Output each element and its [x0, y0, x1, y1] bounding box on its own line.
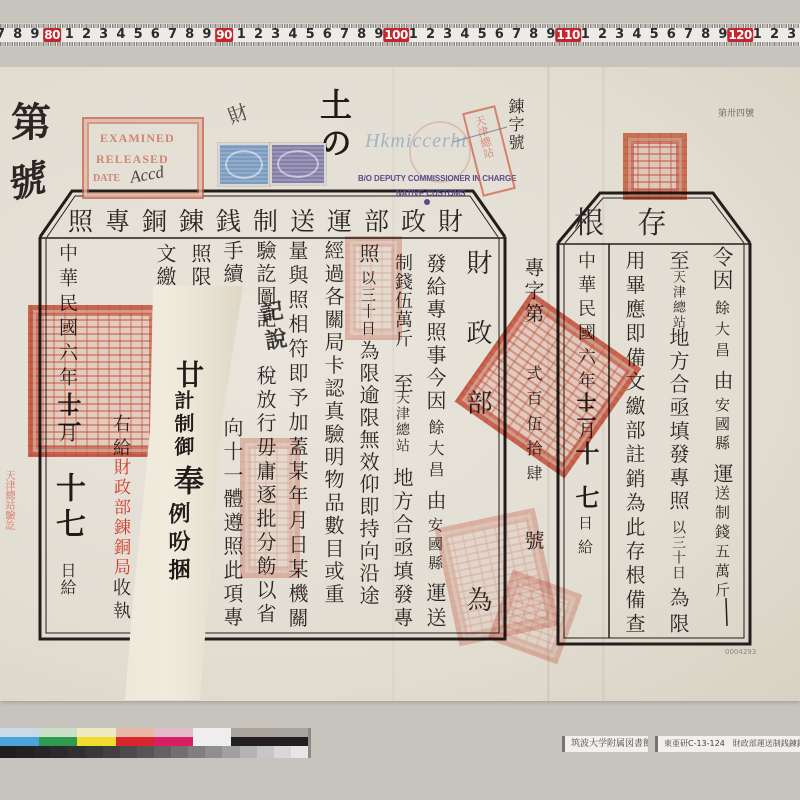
color-patch-light	[0, 728, 39, 737]
stub-col-1-a: 令因	[711, 246, 732, 292]
customs-stamp-line2: NATIVE CUSTOMS	[396, 189, 465, 198]
license-recipient-suffix: 收執	[111, 578, 129, 624]
license-col-1-c: 由	[425, 490, 445, 510]
gray-step-patch	[257, 746, 275, 758]
slip-line-4: 例吩捆	[167, 501, 189, 587]
license-recipient-name: 財政部錬銅局	[111, 458, 128, 578]
color-patch-saturated	[270, 737, 309, 746]
stub-date-day-suffix: 日給	[577, 515, 592, 563]
gray-step-patch	[51, 746, 69, 758]
license-handwritten-overlay: 記說	[258, 299, 288, 358]
gray-step-patch	[291, 746, 309, 758]
gray-step-patch	[274, 746, 292, 758]
red-seal-license-date	[28, 305, 160, 457]
stub-col-2-a: 至	[668, 250, 688, 270]
scan-stage: 7898012345678990123456789100123456789110…	[0, 0, 800, 800]
color-target-edge	[308, 728, 311, 758]
license-col-7-a: 手續	[222, 240, 242, 286]
revenue-stamp-blue-icon	[218, 143, 270, 186]
slip-line-3: 奉	[170, 465, 200, 495]
margin-number-char: 第	[11, 103, 51, 143]
stub-long-stroke	[726, 598, 727, 626]
top-right-red-note: 第卅四號	[718, 110, 754, 119]
color-patch-light	[270, 728, 309, 737]
gray-step-patch	[240, 746, 258, 758]
license-col-9: 文繳	[155, 243, 175, 289]
stub-title: 存根	[574, 209, 700, 239]
color-patch-saturated	[0, 737, 39, 746]
stub-validity-period: 以三十日	[671, 520, 685, 580]
gray-step-patch	[103, 746, 121, 758]
red-seal-faint-middle	[240, 438, 300, 578]
revenue-stamp-emblem-icon	[277, 150, 319, 178]
color-patch-white	[193, 728, 232, 746]
license-col-7-b: 向十一體遵照此項專	[222, 417, 242, 630]
stub-cargo-amount: 送制錢五萬斤	[714, 485, 729, 601]
color-patch-light	[116, 728, 155, 737]
stub-origin-county: 安國縣	[714, 397, 729, 454]
blue-signature: Hkmiccerht	[365, 130, 468, 153]
license-col-3-c: 為限逾限無效仰即持向沿途	[358, 340, 378, 607]
color-patch-saturated	[77, 737, 116, 746]
license-col-1-e: 運送	[425, 582, 445, 632]
license-col-8: 照限	[190, 243, 210, 289]
gray-step-patch	[34, 746, 52, 758]
revenue-stamp-purple-icon	[270, 143, 326, 185]
tilted-red-stamp-text: 天津總站	[473, 114, 494, 159]
license-issuer: 財政部	[464, 249, 490, 459]
gray-step-patch	[86, 746, 104, 758]
stub-col-2-c: 地方合亟填發專照	[668, 327, 688, 513]
license-date-day: 十七	[52, 472, 82, 544]
examined-stamp-line3: DATE	[93, 173, 120, 184]
gray-step-patch	[17, 746, 35, 758]
gray-step-patch	[0, 746, 18, 758]
stub-destination: 天津總站	[671, 270, 684, 330]
color-patch-saturated	[39, 737, 78, 746]
catalog-stamp-number: 0004293	[725, 648, 756, 656]
red-seal-faint-upper	[345, 236, 402, 340]
catalog-label: 東亜研C-13-124 財政部運送制銭錬銅専照-	[655, 736, 800, 752]
color-patch-light	[77, 728, 116, 737]
stub-col-2-e: 為限	[668, 587, 688, 639]
license-destination: 天津總站	[395, 390, 409, 454]
license-title: 財政部運送制銭錬銅專照	[65, 209, 475, 234]
top-right-annotation: 錬字號	[507, 98, 523, 152]
red-seal-top-right	[623, 133, 687, 200]
color-patch-saturated	[231, 737, 270, 746]
left-edge-stamp: 天津總站驗訖	[3, 470, 13, 530]
license-col-4: 經過各關局卡認真驗明物品數目或重	[323, 240, 343, 606]
revenue-stamp-emblem-icon	[225, 150, 263, 179]
license-merchant-name: 餘大昌	[427, 419, 443, 482]
stub-merchant-name: 餘大昌	[714, 300, 729, 363]
license-col-1-a: 發給專照事今因	[425, 253, 445, 413]
color-patch-saturated	[116, 737, 155, 746]
slip-line-2: 計制御	[173, 389, 193, 459]
gray-step-patch	[120, 746, 138, 758]
stub-col-1-c: 由	[712, 370, 732, 390]
examined-stamp-line1: EXAMINED	[100, 131, 175, 146]
margin-number-scrawl: 號	[9, 158, 46, 205]
gray-step-patch	[171, 746, 189, 758]
stub-col-3: 用畢應即備文繳部註銷為此存根備查	[624, 250, 644, 637]
library-label: 筑波大学附属図書館	[562, 736, 648, 752]
gray-step-patch	[137, 746, 155, 758]
license-date-day-suffix: 日給	[59, 562, 75, 596]
gray-step-patch	[205, 746, 223, 758]
gray-step-patch	[68, 746, 86, 758]
gray-step-patch	[222, 746, 240, 758]
gray-step-patch	[154, 746, 172, 758]
license-col-2-d: 地方合亟填發專	[392, 467, 412, 630]
slip-line-1: 廿	[174, 360, 202, 388]
color-patch-light	[154, 728, 193, 737]
color-patch-light	[39, 728, 78, 737]
customs-stamp-dot	[424, 199, 430, 205]
stub-col-1-e: 運	[712, 463, 732, 483]
gray-step-patch	[188, 746, 206, 758]
color-patch-light	[231, 728, 270, 737]
color-patch-saturated	[154, 737, 193, 746]
